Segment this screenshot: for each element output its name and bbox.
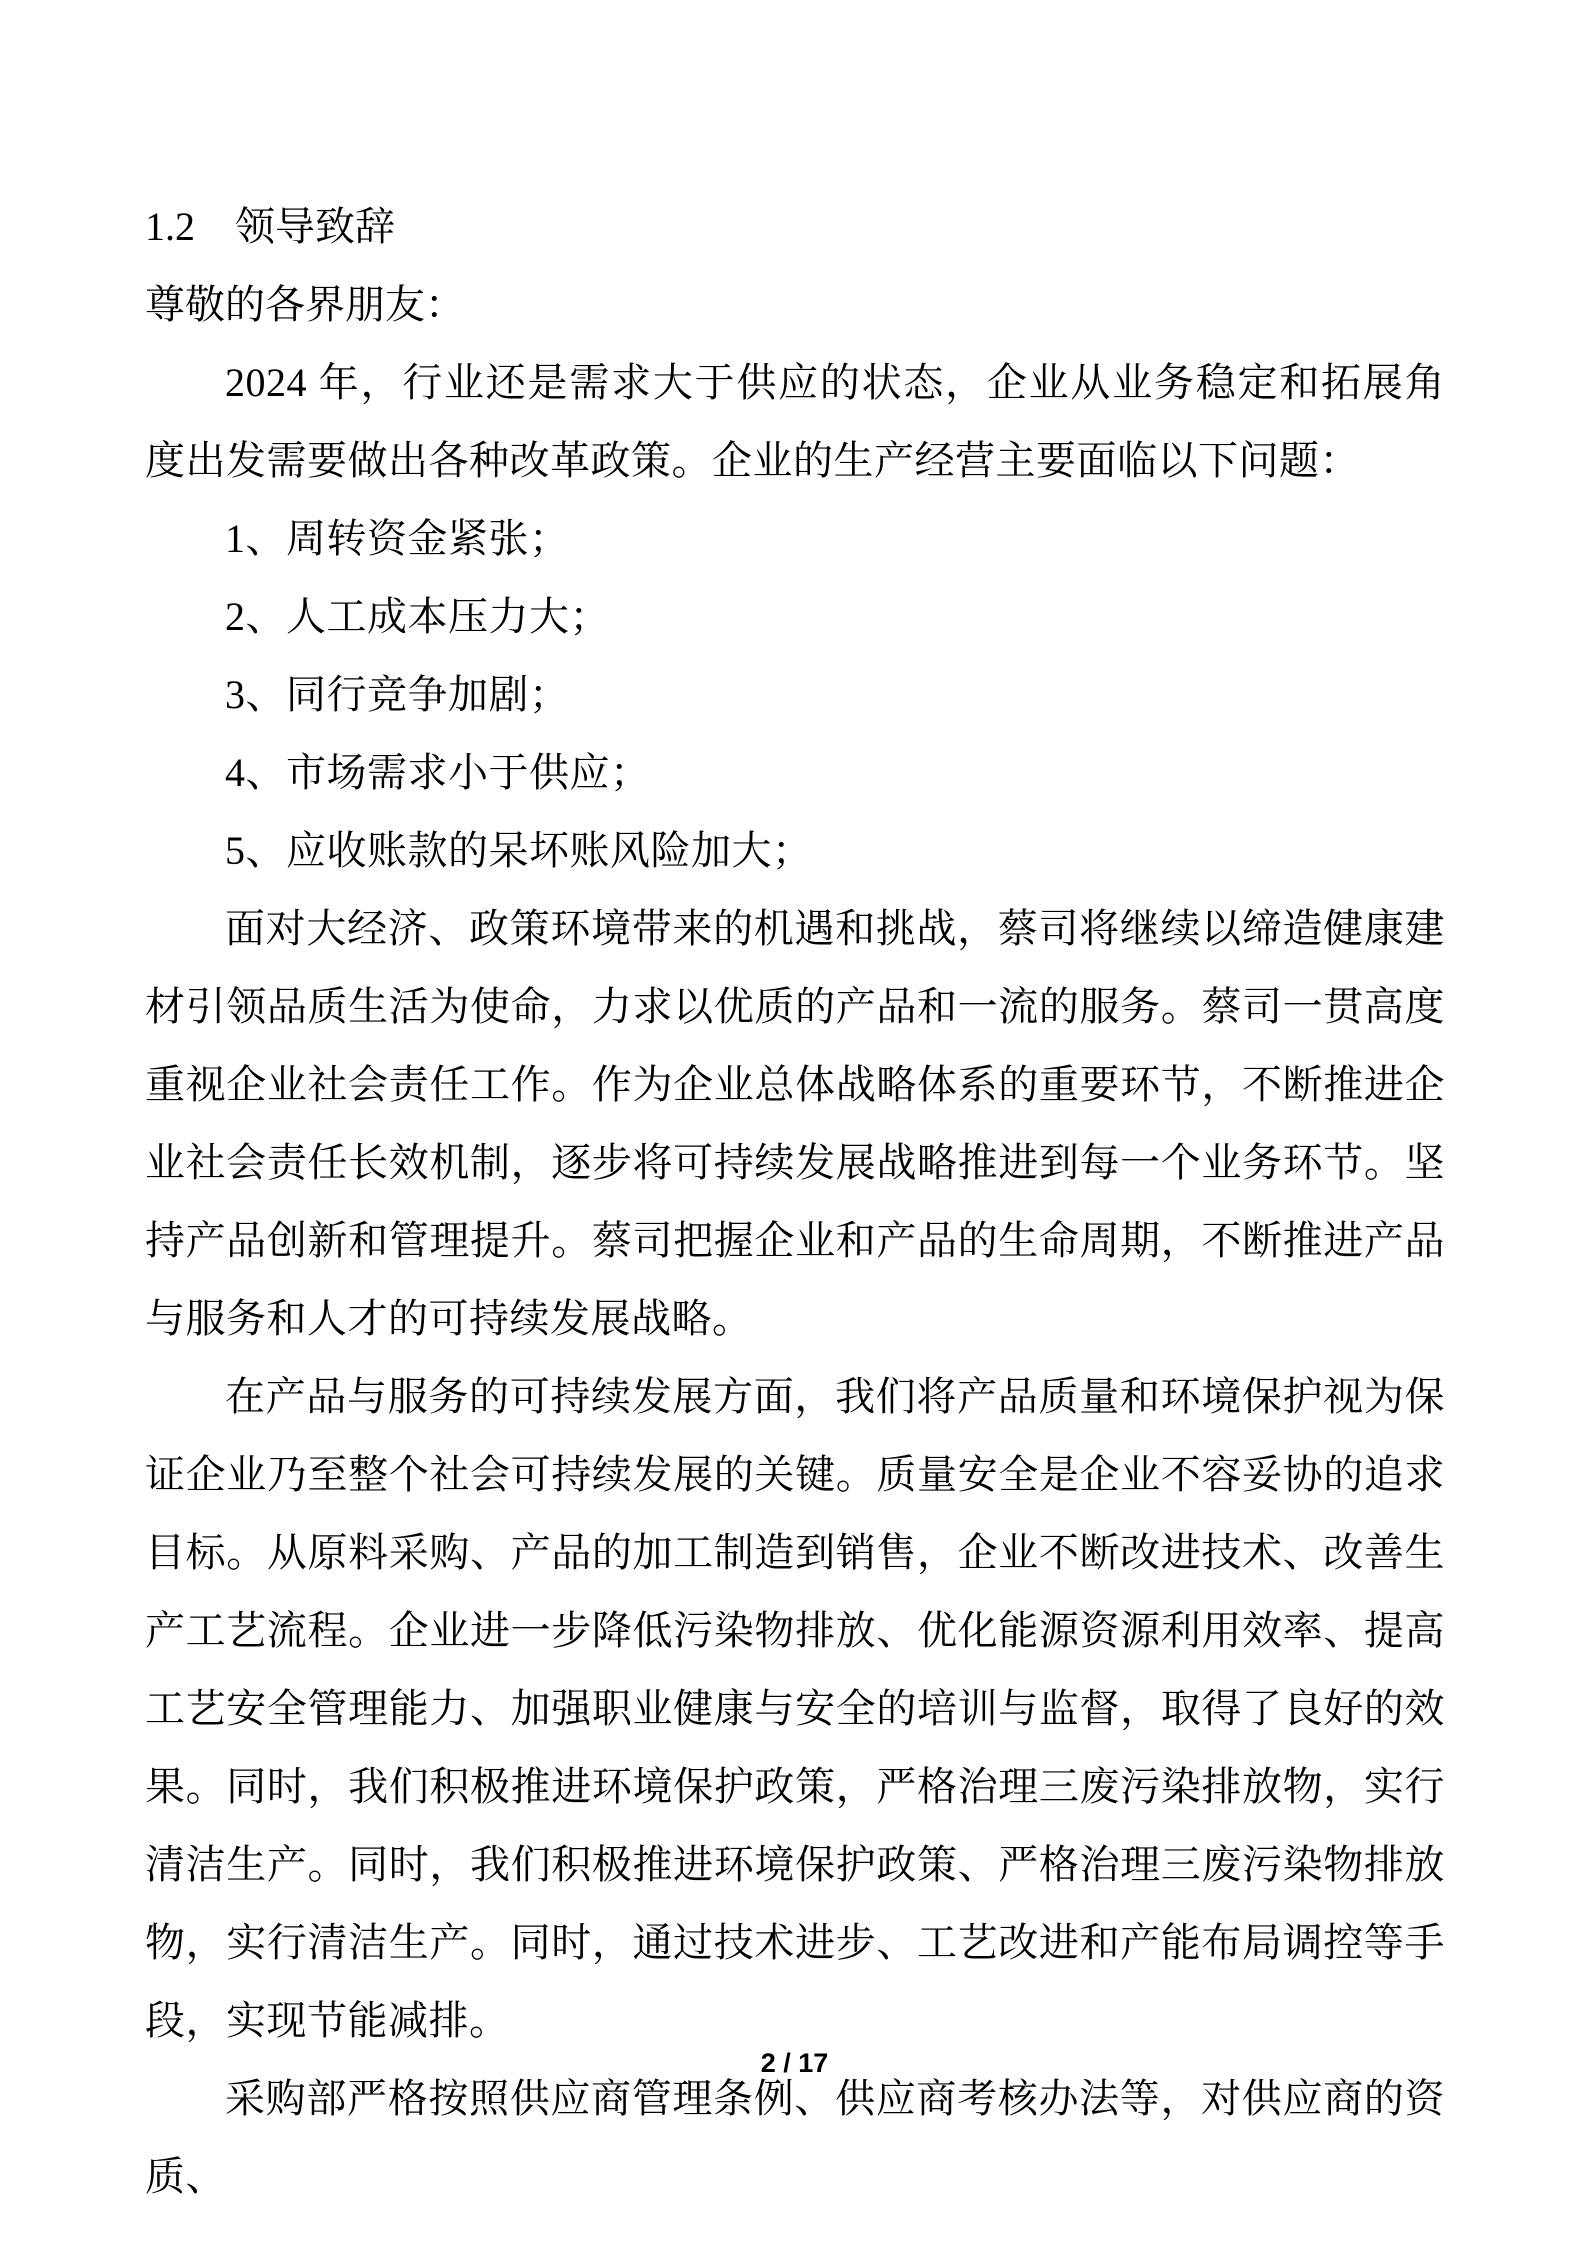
paragraph-response-strategy: 面对大经济、政策环境带来的机遇和挑战，蔡司将继续以缔造健康建材引领品质生活为使命… — [145, 890, 1445, 1358]
section-title: 领导致辞 — [235, 204, 395, 249]
section-heading: 1.2领导致辞 — [145, 188, 1445, 266]
issue-item-2: 2、人工成本压力大； — [145, 578, 1445, 656]
issue-item-3: 3、同行竞争加剧； — [145, 656, 1445, 734]
page-number-indicator: 2 / 17 — [0, 2046, 1589, 2080]
issue-item-4: 4、市场需求小于供应； — [145, 734, 1445, 812]
salutation-line: 尊敬的各界朋友： — [145, 266, 1445, 344]
issue-item-1: 1、周转资金紧张； — [145, 500, 1445, 578]
section-number: 1.2 — [145, 204, 195, 249]
paragraph-procurement: 采购部严格按照供应商管理条例、供应商考核办法等，对供应商的资质、 — [145, 2060, 1445, 2216]
issue-item-5: 5、应收账款的呆坏账风险加大； — [145, 812, 1445, 890]
paragraph-product-service-sustainability: 在产品与服务的可持续发展方面，我们将产品质量和环境保护视为保证企业乃至整个社会可… — [145, 1358, 1445, 2060]
paragraph-intro: 2024 年，行业还是需求大于供应的状态，企业从业务稳定和拓展角度出发需要做出各… — [145, 344, 1445, 500]
document-page: 1.2领导致辞 尊敬的各界朋友： 2024 年，行业还是需求大于供应的状态，企业… — [0, 0, 1589, 2245]
